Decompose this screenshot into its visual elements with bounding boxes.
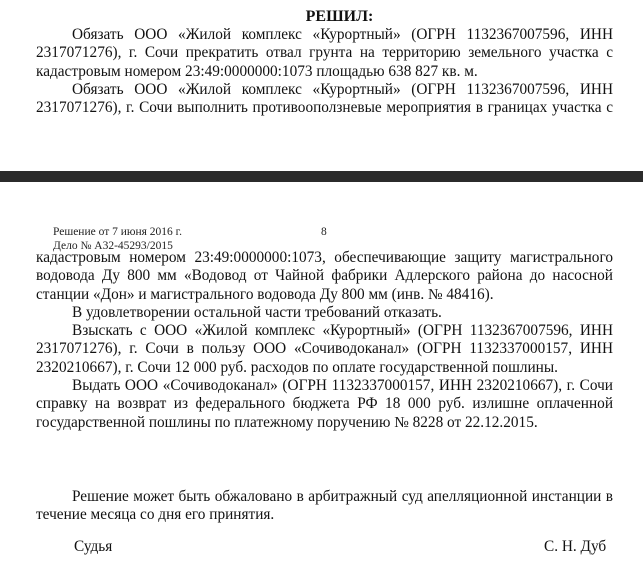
paragraph-obligation-landslide-measures: Обязать ООО «Жилой комплекс «Курортный» … [36, 81, 613, 118]
signature-title: Судья [74, 538, 112, 556]
paragraph-obligation-stop-dumping: Обязать ООО «Жилой комплекс «Курортный» … [36, 26, 613, 81]
document-page-2: Решение от 7 июня 2016 г. Дело № А32-452… [0, 182, 643, 563]
appeal-notice-block: Решение может быть обжаловано в арбитраж… [36, 488, 613, 525]
paragraph-rejection: В удовлетворении остальной части требова… [36, 304, 613, 322]
page1-body: Обязать ООО «Жилой комплекс «Курортный» … [36, 26, 613, 117]
signature-name: С. Н. Дуб [544, 538, 606, 556]
decision-heading: РЕШИЛ: [0, 8, 643, 26]
page-number: 8 [321, 225, 327, 239]
paragraph-appeal-notice: Решение может быть обжаловано в арбитраж… [36, 488, 613, 525]
page-break-separator [0, 171, 643, 182]
document-page-1: РЕШИЛ: Обязать ООО «Жилой комплекс «Куро… [0, 0, 643, 171]
paragraph-recover-costs: Взыскать с ООО «Жилой комплекс «Курортны… [36, 322, 613, 377]
running-header-decision-date: Решение от 7 июня 2016 г. [53, 225, 182, 239]
paragraph-refund-certificate: Выдать ООО «Сочиводоканал» (ОГРН 1132337… [36, 377, 613, 432]
paragraph-continuation-cadastral: кадастровым номером 23:49:0000000:1073, … [36, 249, 613, 304]
page2-body: кадастровым номером 23:49:0000000:1073, … [36, 249, 613, 432]
